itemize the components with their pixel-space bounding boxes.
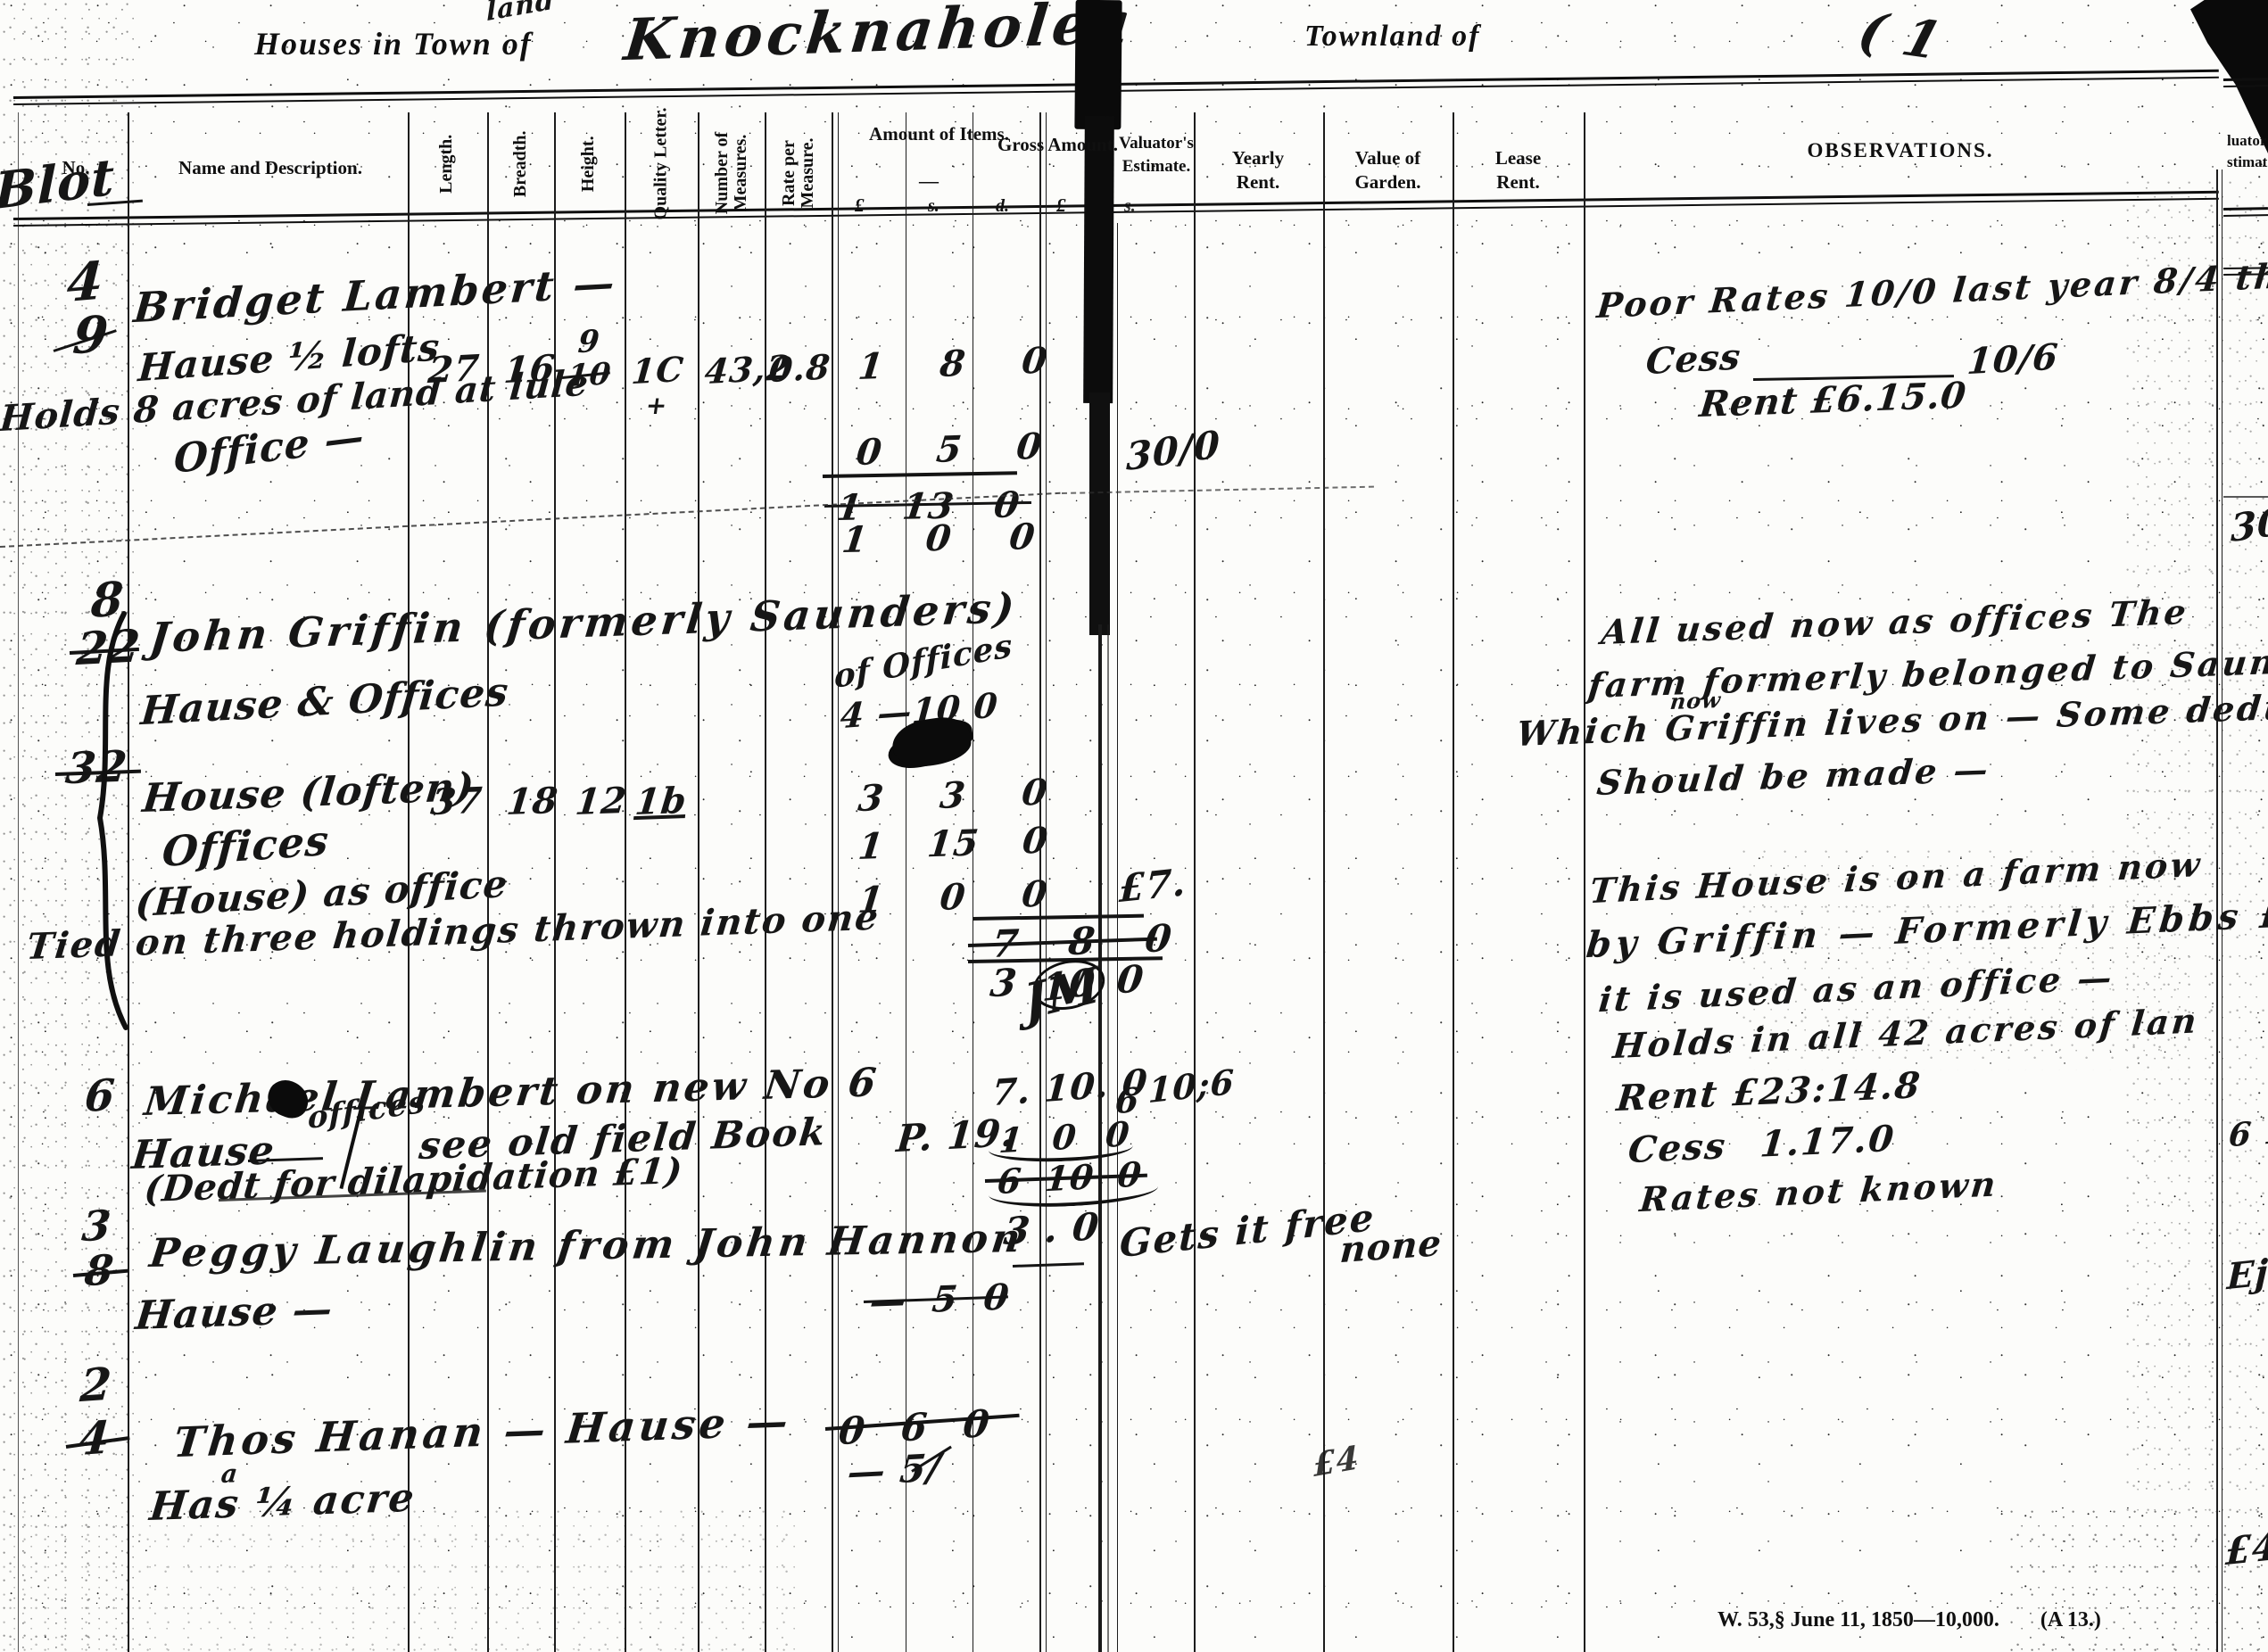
entry5-name: Thos Hanan — Hause — (171, 1397, 793, 1466)
entry2-height: 12 (574, 780, 630, 823)
col-header-observations: OBSERVATIONS. (1597, 139, 2204, 162)
binding-fold-band (1089, 392, 1110, 635)
entry5-description2: Has ¼ acre (147, 1474, 418, 1530)
col-header-valuator-estimate-line2: Estimate. (1113, 157, 1199, 177)
subheader-pounds: £ (855, 194, 865, 217)
entry2-amount-row3: 1 15 0 (857, 819, 1051, 868)
entry2-valuator-initials: JM (1022, 955, 1103, 1031)
edge-col-header-valuator-partial-line1: luator's (2227, 132, 2268, 150)
edge-header-rule-fragment (2223, 207, 2268, 217)
handwritten-land-annotation: land (485, 0, 555, 28)
edge-row-line-fragment (2223, 496, 2268, 498)
edge-top-rule-fragment (2223, 78, 2268, 87)
entry1-observation-cess-value: 10/6 (1966, 336, 2060, 384)
entry1-observation-line1: Poor Rates 10/0 last year 8/4 this (1595, 254, 2268, 326)
subheader-gross-shillings: s. (1124, 196, 1136, 217)
entry3-valuator-estimate: 10;6 (1147, 1061, 1235, 1111)
entry1-valuator-estimate: 30/0 (1126, 422, 1221, 479)
bottom-speckle (0, 1507, 803, 1652)
entry2-grouping-brace (85, 608, 133, 1032)
binding-fold-band (1074, 0, 1122, 129)
column-divider-line (1323, 112, 1325, 1652)
entry2-quality: 1b (633, 780, 690, 823)
column-divider-line (1194, 112, 1196, 1652)
entry1-quality-plus: + (644, 391, 670, 420)
scanned-valuation-house-book-page: Houses in Town of land Knocknaholea Town… (0, 0, 2268, 1652)
entry2-amount-row2: 3 3 0 (857, 771, 1050, 820)
amount-dash: — (919, 169, 939, 193)
entry2-description3: Offices (161, 816, 331, 876)
entry5-number: 2 (79, 1357, 114, 1412)
entry2-observation-b-line5: Rent £23:14.8 (1615, 1064, 1924, 1119)
entry4-name-dash (1013, 1262, 1084, 1268)
col-header-value-of-garden-line2: Garden. (1328, 171, 1448, 194)
edge-fragment-4: £4 (2224, 1524, 2268, 1574)
col-header-breadth: Breadth. (511, 111, 531, 218)
entry1-observation-rent: Rent £6.15.0 (1698, 374, 1969, 425)
entry2-observation-b-line6: Cess 1.17.0 (1627, 1118, 1898, 1171)
col-header-name: Name and Description. (141, 157, 400, 179)
entry2-breadth: 18 (505, 780, 561, 823)
col-header-value-of-garden-line1: Value of (1328, 147, 1448, 169)
entry2-observation-a-line4: Should be made — (1595, 749, 1993, 804)
edge-fragment-61: 6 1 (2228, 1112, 2268, 1154)
edge-col-header-valuator-partial-line2: stimate. (2227, 153, 2268, 171)
subheader-gross-pounds: £ (1056, 194, 1066, 217)
header-bottom-double-rule (13, 191, 2219, 227)
edge-fragment-ej: Ej (2226, 1251, 2268, 1298)
entry1-name: Bridget Lambert — (132, 258, 619, 332)
margin-plot-note: Blot (0, 147, 115, 221)
entry1-amount-row1: 1 8 0 (857, 339, 1050, 388)
edge-fragment-30: 30/ (2231, 497, 2268, 550)
entry4-garden-value-note: none (1338, 1222, 1443, 1271)
handwritten-town-name: Knocknaholea (621, 0, 1138, 74)
entry1-quality-letter: 1C (630, 349, 686, 392)
entry2-gross-amount: £7. (1118, 860, 1187, 911)
footer-code: (A 13.) (2040, 1608, 2101, 1632)
footer-imprint: W. 53,§ June 11, 1850—10,000. (1718, 1608, 1999, 1632)
entry1-rate: 0.8 (767, 346, 832, 390)
col-header-yearly-rent-line1: Yearly (1200, 147, 1316, 169)
entry2-sum-final-pounds: 3 (988, 961, 1019, 1005)
subheader-pence: d. (996, 196, 1009, 217)
binding-fold-band (1083, 116, 1114, 403)
col-header-number-of-measures: Number of Measures. (713, 106, 750, 240)
col-header-yearly-rent-line2: Rent. (1200, 171, 1316, 194)
col-header-quality-letter: Quality Letter. (652, 97, 671, 231)
col-header-lease-rent-line1: Lease (1457, 147, 1579, 169)
entry1-amount-row2: 0 5 0 (855, 425, 1045, 474)
entry4-number: 3 (80, 1201, 114, 1251)
entry5-margin-mark: £4 (1312, 1439, 1360, 1484)
entry2-observation-b-line7: Rates not known (1638, 1163, 2000, 1219)
corner-handwritten-mark: ( 1 (1852, 1, 1949, 71)
col-header-valuator-estimate-line1: Valuator's (1113, 134, 1199, 153)
entry1-sum-underline (823, 471, 1017, 478)
col-header-gross-amount: Gross Amount. (997, 134, 1118, 156)
entry2-description2: House (loften) (140, 764, 476, 822)
column-divider-line (18, 112, 19, 1652)
entry1-observation-cess: Cess (1644, 335, 1742, 383)
entry2-amount-row4: 1 0 0 (857, 872, 1050, 921)
col-header-lease-rent-line2: Rent. (1457, 171, 1579, 194)
col-header-height: Height. (579, 111, 599, 218)
entry5-number-struck: 4 (77, 1410, 112, 1466)
entry2-observation-a-line1: All used now as offices The (1600, 591, 2191, 652)
entry1-sum-final: 1 0 0 (840, 516, 1038, 561)
column-divider-line (1453, 112, 1454, 1652)
subheader-shillings: s. (928, 196, 939, 217)
column-divider-line (832, 112, 833, 1652)
col-header-length: Length. (437, 111, 457, 218)
page-title-left: Houses in Town of (254, 25, 533, 62)
col-header-rate-per-measure: Rate per Measure. (780, 106, 817, 240)
entry2-length: 37 (429, 780, 485, 823)
entry4-yearly-rent-note: Gets it free (1119, 1195, 1376, 1267)
entry4-description1: Hause — (133, 1286, 335, 1339)
entry2-description1: Hause & Offices (139, 669, 511, 734)
entry5-amount2: — 5/ (846, 1445, 943, 1494)
column-divider-line (1584, 112, 1585, 1652)
entry2-sum-final-pence: 0 (1114, 957, 1146, 1002)
page-title-right: Townland of (1304, 20, 1480, 54)
entry3-number: 6 (83, 1070, 117, 1122)
footer-imprint-row: W. 53,§ June 11, 1850—10,000. (A 13.) (1718, 1608, 2101, 1632)
entry1-height-revised: 9 (576, 324, 601, 361)
entry4-name: Peggy Laughlin from John Hannon (147, 1216, 1027, 1276)
column-divider-line (838, 112, 839, 1652)
